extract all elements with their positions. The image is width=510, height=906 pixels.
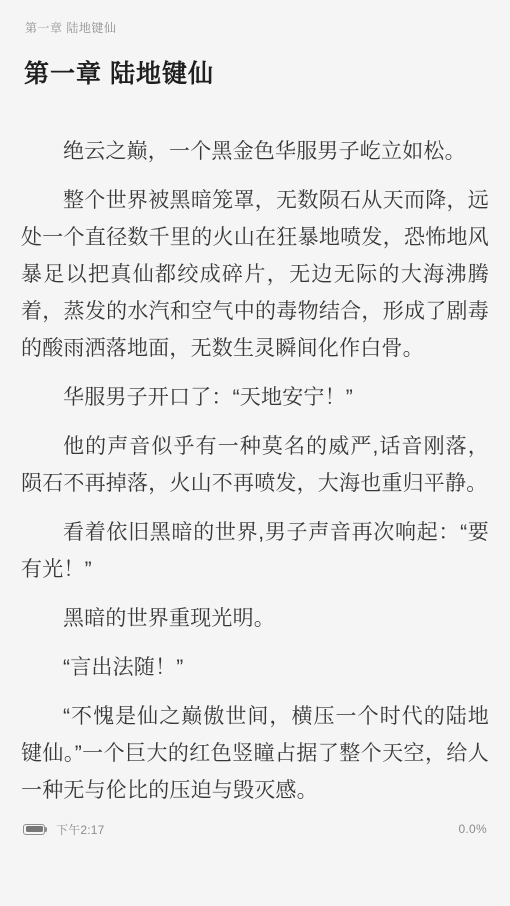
status-left-group: 下午2:17	[23, 821, 105, 838]
paragraph: “言出法随！”	[21, 649, 489, 686]
paragraph: 华服男子开口了：“天地安宁！”	[21, 379, 489, 416]
battery-fill	[26, 826, 43, 832]
chapter-title: 第一章 陆地键仙	[24, 59, 486, 90]
paragraph: “不愧是仙之巅傲世间，横压一个时代的陆地键仙。”一个巨大的红色竖瞳占据了整个天空…	[21, 698, 489, 809]
battery-nub	[45, 827, 47, 832]
reader-screen: 第一章 陆地键仙 第一章 陆地键仙 绝云之巅，一个黑金色华服男子屹立如松。 整个…	[0, 0, 510, 906]
reader-page-content[interactable]: 绝云之巅，一个黑金色华服男子屹立如松。 整个世界被黑暗笼罩，无数陨石从天而降，远…	[21, 133, 489, 821]
reader-status-bar: 下午2:17 0.0%	[23, 820, 487, 838]
paragraph: 黑暗的世界重现光明。	[21, 600, 489, 637]
running-head-chapter-label: 第一章 陆地键仙	[25, 21, 116, 35]
paragraph: 看着依旧黑暗的世界,男子声音再次响起：“要有光！”	[21, 514, 489, 588]
battery-icon	[23, 824, 45, 835]
clock-time: 下午2:17	[56, 821, 105, 838]
reading-progress-percent: 0.0%	[458, 822, 487, 836]
paragraph: 整个世界被黑暗笼罩，无数陨石从天而降，远处一个直径数千里的火山在狂暴地喷发，恐怖…	[21, 182, 489, 367]
paragraph: 他的声音似乎有一种莫名的威严,话音刚落，陨石不再掉落，火山不再喷发，大海也重归平…	[21, 428, 489, 502]
paragraph: 绝云之巅，一个黑金色华服男子屹立如松。	[21, 133, 489, 170]
